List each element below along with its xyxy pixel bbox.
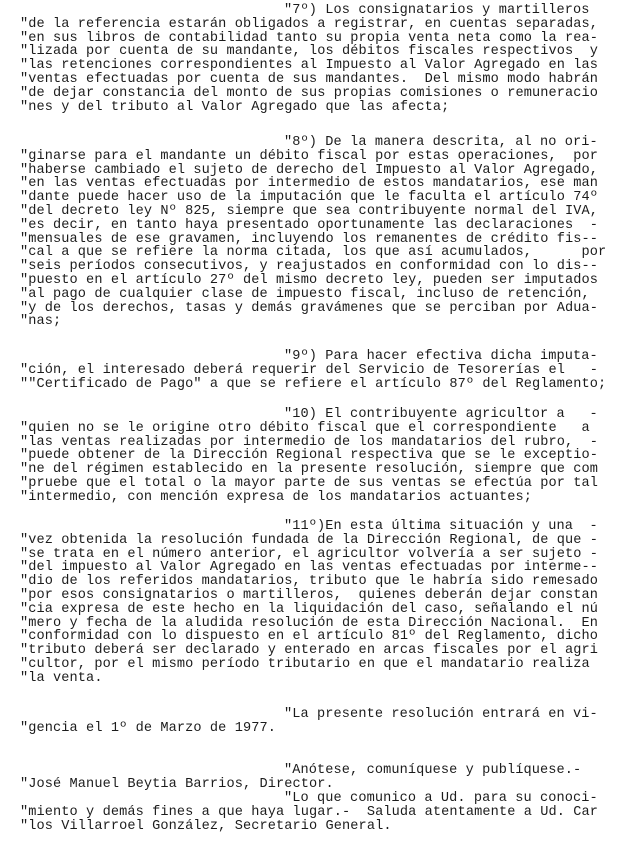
text-line: "quien no se le origine otro débito fisc… [20,422,628,436]
paragraph-heading-line: "8º) De la manera descrita, al no ori- [20,136,628,150]
text-line: "vez obtenida la resolución fundada de l… [20,534,628,548]
paragraph-heading-line: "11º)En esta última situación y una - [20,520,628,534]
paragraph-heading-line: "Anótese, comuníquese y publíquese.- [20,764,628,778]
text-line: "gencia el 1º de Marzo de 1977. [20,722,628,736]
text-line: "del impuesto al Valor Agregado en las v… [20,561,628,575]
paragraph-9: "9º) Para hacer efectiva dicha imputa-"c… [20,350,628,391]
text-line: "dante puede hacer uso de la imputación … [20,191,628,205]
scanned-document-page: "7º) Los consignatarios y martilleros"de… [0,0,630,845]
text-line: "es decir, en tanto haya presentado opor… [20,219,628,233]
paragraph-8: "8º) De la manera descrita, al no ori-"g… [20,136,628,329]
text-line: "seis períodos consecutivos, y reajustad… [20,260,628,274]
text-line: "nes y del tributo al Valor Agregado que… [20,101,628,115]
text-line: "conformidad con lo dispuesto en el artí… [20,630,628,644]
text-line: "cia expresa de este hecho en la liquida… [20,603,628,617]
text-line: "las ventas realizadas por intermedio de… [20,436,628,450]
text-line: "ción, el interesado deberá requerir del… [20,364,628,378]
text-line: "intermedio, con mención expresa de los … [20,491,628,505]
paragraph-10: "10) El contribuyente agricultor a -"qui… [20,408,628,505]
text-line: "puesto en el artículo 27º del mismo dec… [20,274,628,288]
paragraph-7: "7º) Los consignatarios y martilleros"de… [20,4,628,114]
text-line: "las retenciones correspondientes al Imp… [20,59,628,73]
paragraph-heading-line: "7º) Los consignatarios y martilleros [20,4,628,18]
text-line: "por esos consignatarios o martilleros, … [20,589,628,603]
text-line: "de la referencia estarán obligados a re… [20,18,628,32]
paragraph-11: "11º)En esta última situación y una -"ve… [20,520,628,686]
paragraph-heading-line: "10) El contribuyente agricultor a - [20,408,628,422]
text-line: "dio de los referidos mandatarios, tribu… [20,575,628,589]
text-line: "al pago de cualquier clase de impuesto … [20,288,628,302]
text-line: ""Certificado de Pago" a que se refiere … [20,378,628,392]
text-line: "cultor, por el mismo período tributario… [20,658,628,672]
text-line: "la venta. [20,672,628,686]
text-line: "puede obtener de la Dirección Regional … [20,449,628,463]
paragraph-heading-line: "Lo que comunico a Ud. para su conoci- [20,792,628,806]
text-line: "se trata en el número anterior, el agri… [20,548,628,562]
paragraph-heading-line: "9º) Para hacer efectiva dicha imputa- [20,350,628,364]
text-line: "cal a que se refiere la norma citada, l… [20,246,628,260]
text-line: "miento y demás fines a que haya lugar.-… [20,806,628,820]
text-line: "en sus libros de contabilidad tanto su … [20,32,628,46]
text-line: "tributo deberá ser declarado y enterado… [20,644,628,658]
paragraph-vigencia: "La presente resolución entrará en vi-"g… [20,708,628,736]
text-line: "nas; [20,315,628,329]
paragraph-director-signature: "Anótese, comuníquese y publíquese.-"Jos… [20,764,628,792]
text-line: "pruebe que el total o la mayor parte de… [20,477,628,491]
text-line: "lizada por cuenta de su mandante, los d… [20,45,628,59]
text-line: "los Villarroel González, Secretario Gen… [20,820,628,834]
text-line: "haberse cambiado el sujeto de derecho d… [20,164,628,178]
text-line: "del decreto ley Nº 825, siempre que sea… [20,205,628,219]
text-line: "ne del régimen establecido en la presen… [20,463,628,477]
text-line: "y de los derechos, tasas y demás gravám… [20,302,628,316]
paragraph-closing: "Lo que comunico a Ud. para su conoci-"m… [20,792,628,833]
text-line: "José Manuel Beytia Barrios, Director. [20,778,628,792]
text-line: "ginarse para el mandante un débito fisc… [20,150,628,164]
text-line: "mensuales de ese gravamen, incluyendo l… [20,233,628,247]
paragraph-heading-line: "La presente resolución entrará en vi- [20,708,628,722]
text-line: "ventas efectuadas por cuenta de sus man… [20,73,628,87]
text-line: "de dejar constancia del monto de sus pr… [20,87,628,101]
